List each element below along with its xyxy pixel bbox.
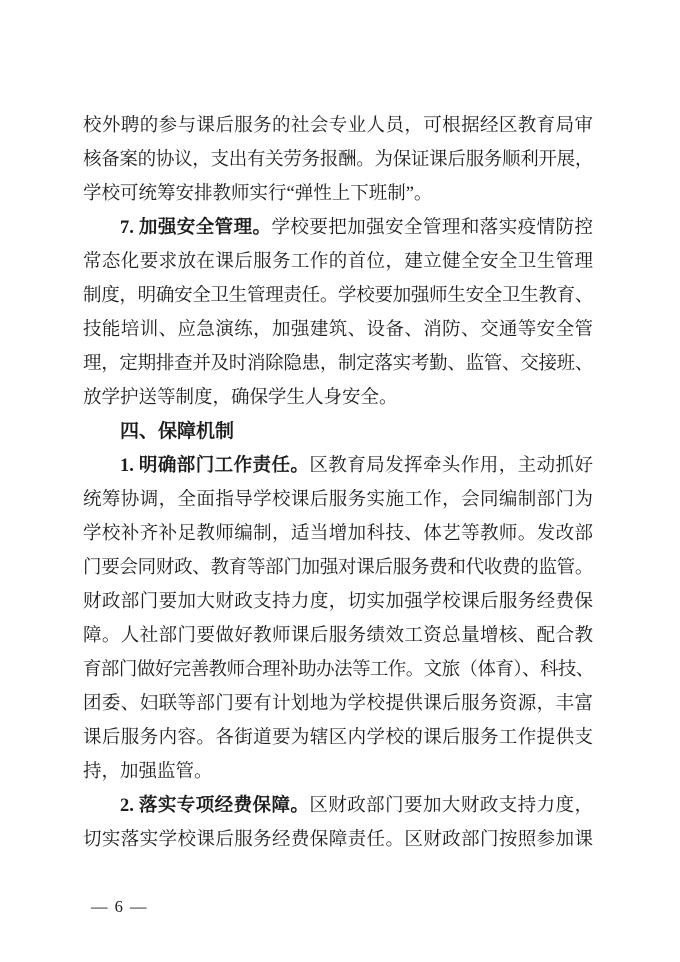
text-run: 区教育局发挥牵头作用，主动抓好 xyxy=(309,456,593,476)
body-line: 核备案的协议，支出有关劳务报酬。为保证课后服务顺利开展， xyxy=(83,143,593,177)
body-line: 学校可统筹安排教师实行“弹性上下班制”。 xyxy=(83,177,593,211)
body-line: 常态化要求放在课后服务工作的首位，建立健全安全卫生管理 xyxy=(83,245,593,279)
text-run: 区财政部门要加大财政支持力度， xyxy=(309,796,593,816)
body-line: 技能培训、应急演练，加强建筑、设备、消防、交通等安全管 xyxy=(83,313,593,347)
body-line: 理，定期排查并及时消除隐患，制定落实考勤、监管、交接班、 xyxy=(83,347,593,381)
body-line: 放学护送等制度，确保学生人身安全。 xyxy=(83,381,593,415)
body-line: 课后服务内容。各街道要为辖区内学校的课后服务工作提供支 xyxy=(83,721,593,755)
page-number: — 6 — xyxy=(91,896,148,918)
body-line: 持，加强监管。 xyxy=(83,755,593,789)
body-line: 制度，明确安全卫生管理责任。学校要加强师生安全卫生教育、 xyxy=(83,279,593,313)
body-line: 统筹协调，全面指导学校课后服务实施工作，会同编制部门为 xyxy=(83,483,593,517)
body-line: 校外聘的参与课后服务的社会专业人员，可根据经区教育局审 xyxy=(83,109,593,143)
text-column: 校外聘的参与课后服务的社会专业人员，可根据经区教育局审 核备案的协议，支出有关劳… xyxy=(83,109,593,857)
body-line: 切实落实学校课后服务经费保障责任。区财政部门按照参加课 xyxy=(83,823,593,857)
bold-run: 7. 加强安全管理。 xyxy=(120,218,272,238)
document-page: 校外聘的参与课后服务的社会专业人员，可根据经区教育局审 核备案的协议，支出有关劳… xyxy=(0,0,680,962)
bold-run: 1. 明确部门工作责任。 xyxy=(120,456,309,476)
text-run: 学校要把加强安全管理和落实疫情防控 xyxy=(272,218,593,238)
body-line: 门要会同财政、教育等部门加强对课后服务费和代收费的监管。 xyxy=(83,551,593,585)
body-line: 2. 落实专项经费保障。区财政部门要加大财政支持力度， xyxy=(83,789,593,823)
body-line: 7. 加强安全管理。学校要把加强安全管理和落实疫情防控 xyxy=(83,211,593,245)
body-line: 育部门做好完善教师合理补助办法等工作。文旅（体育）、科技、 xyxy=(83,653,593,687)
section-heading: 四、保障机制 xyxy=(83,415,593,449)
body-line: 财政部门要加大财政支持力度，切实加强学校课后服务经费保 xyxy=(83,585,593,619)
body-line: 学校补齐补足教师编制，适当增加科技、体艺等教师。发改部 xyxy=(83,517,593,551)
body-line: 1. 明确部门工作责任。区教育局发挥牵头作用，主动抓好 xyxy=(83,449,593,483)
bold-run: 2. 落实专项经费保障。 xyxy=(120,796,309,816)
body-line: 障。人社部门要做好教师课后服务绩效工资总量增核、配合教 xyxy=(83,619,593,653)
body-line: 团委、妇联等部门要有计划地为学校提供课后服务资源，丰富 xyxy=(83,687,593,721)
